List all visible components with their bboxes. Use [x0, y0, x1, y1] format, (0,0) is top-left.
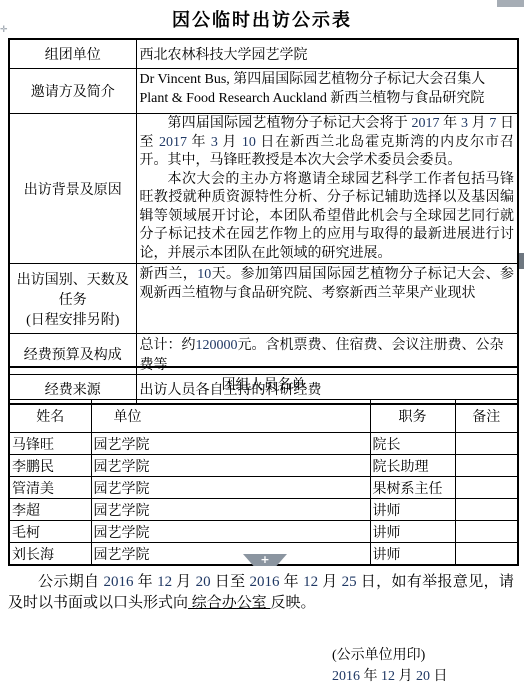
footer-date: 2016 年 12 月 20 日 — [332, 666, 448, 683]
member-unit: 园艺学院 — [91, 433, 370, 455]
member-name: 马锋旺 — [9, 433, 91, 455]
member-duty: 讲师 — [370, 521, 455, 543]
column-header-note: 备注 — [455, 400, 518, 433]
column-header-unit: 单位 — [91, 400, 370, 433]
team-table: 团组人员名单 姓名 单位 职务 备注 马锋旺 园艺学院 院长 李鹏民 园艺学院 … — [8, 366, 519, 566]
table-row: 李超 园艺学院 讲师 — [9, 499, 518, 521]
column-header-name: 姓名 — [9, 400, 91, 433]
member-duty: 院长助理 — [370, 455, 455, 477]
member-duty: 果树系主任 — [370, 477, 455, 499]
footer-block: (公示单位用印) 2016 年 12 月 20 日 — [332, 645, 448, 683]
table-row: 毛柯 园艺学院 讲师 — [9, 521, 518, 543]
column-header-duty: 职务 — [370, 400, 455, 433]
member-name: 李鹏民 — [9, 455, 91, 477]
row-label-org: 组团单位 — [9, 39, 136, 69]
member-note — [455, 477, 518, 499]
page-title: 因公临时出访公示表 — [0, 6, 524, 32]
member-name: 李超 — [9, 499, 91, 521]
member-name: 毛柯 — [9, 521, 91, 543]
row-value-country: 新西兰，10天。参加第四届国际园艺植物分子标记大会、参观新西兰植物与食品研究院、… — [136, 264, 518, 334]
background-paragraph-1: 第四届国际园艺植物分子标记大会将于 2017 年 3 月 7 日至 2017 年… — [140, 115, 515, 171]
invite-line-1: Dr Vincent Bus, 第四届国际园艺植物分子标记大会召集人 — [140, 70, 515, 89]
member-unit: 园艺学院 — [91, 477, 370, 499]
table-row: 组团单位 西北农林科技大学园艺学院 — [9, 39, 518, 69]
member-duty: 院长 — [370, 433, 455, 455]
member-name: 管清美 — [9, 477, 91, 499]
row-value-org: 西北农林科技大学园艺学院 — [136, 39, 518, 69]
member-unit: 园艺学院 — [91, 499, 370, 521]
table-row: 团组人员名单 — [9, 367, 518, 400]
country-label-line-2: (日程安排另附) — [12, 309, 134, 329]
table-row: 李鹏民 园艺学院 院长助理 — [9, 455, 518, 477]
seal-placeholder: (公示单位用印) — [332, 645, 448, 666]
table-row: 马锋旺 园艺学院 院长 — [9, 433, 518, 455]
member-unit: 园艺学院 — [91, 455, 370, 477]
country-label-line-1: 出访国别、天数及任务 — [12, 269, 134, 309]
member-note — [455, 499, 518, 521]
row-value-background: 第四届国际园艺植物分子标记大会将于 2017 年 3 月 7 日至 2017 年… — [136, 114, 518, 264]
table-header-row: 姓名 单位 职务 备注 — [9, 400, 518, 433]
team-table-title: 团组人员名单 — [9, 367, 518, 400]
table-row: 管清美 园艺学院 果树系主任 — [9, 477, 518, 499]
table-row: 出访国别、天数及任务 (日程安排另附) 新西兰，10天。参加第四届国际园艺植物分… — [9, 264, 518, 334]
table-row: 邀请方及简介 Dr Vincent Bus, 第四届国际园艺植物分子标记大会召集… — [9, 69, 518, 114]
member-note — [455, 455, 518, 477]
invite-line-2: Plant & Food Research Auckland 新西兰植物与食品研… — [140, 89, 515, 108]
member-duty: 讲师 — [370, 543, 455, 566]
row-label-invite: 邀请方及简介 — [9, 69, 136, 114]
row-value-invite: Dr Vincent Bus, 第四届国际园艺植物分子标记大会召集人 Plant… — [136, 69, 518, 114]
member-unit: 园艺学院 — [91, 521, 370, 543]
member-note — [455, 521, 518, 543]
member-unit: 园艺学院 — [91, 543, 370, 566]
table-row: 出访背景及原因 第四届国际园艺植物分子标记大会将于 2017 年 3 月 7 日… — [9, 114, 518, 264]
notice-paragraph: 公示期自 2016 年 12 月 20 日至 2016 年 12 月 25 日，… — [8, 572, 514, 613]
member-note — [455, 433, 518, 455]
row-label-background: 出访背景及原因 — [9, 114, 136, 264]
member-duty: 讲师 — [370, 499, 455, 521]
info-table: 组团单位 西北农林科技大学园艺学院 邀请方及简介 Dr Vincent Bus,… — [8, 38, 519, 405]
member-note — [455, 543, 518, 566]
background-paragraph-2: 本次大会的主办方将邀请全球园艺科学工作者包括马锋旺教授就种质资源特性分析、分子标… — [140, 171, 515, 264]
row-label-country: 出访国别、天数及任务 (日程安排另附) — [9, 264, 136, 334]
document-page: ✛ 因公临时出访公示表 组团单位 西北农林科技大学园艺学院 邀请方及简介 Dr … — [0, 0, 524, 683]
member-name: 刘长海 — [9, 543, 91, 566]
